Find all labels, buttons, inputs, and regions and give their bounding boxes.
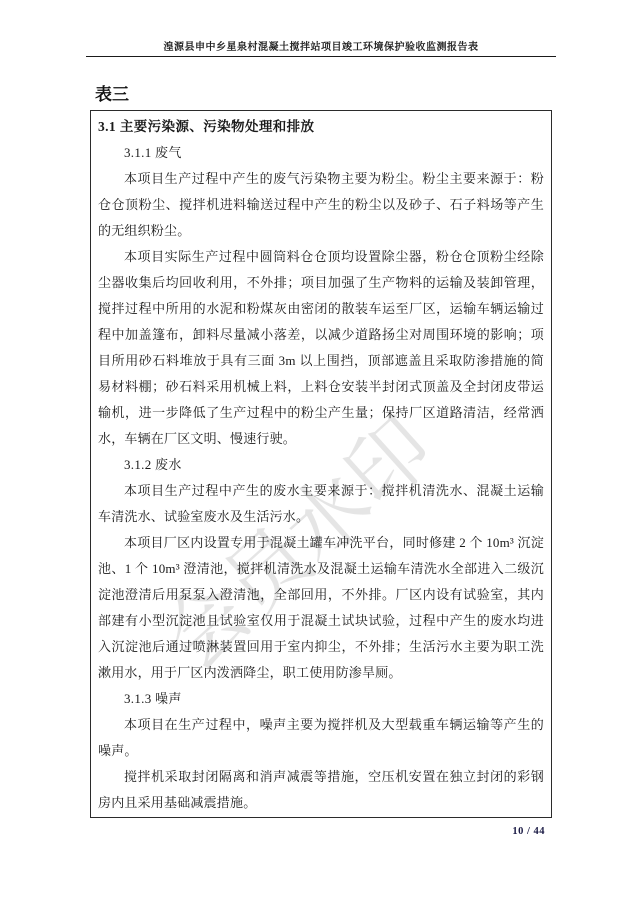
document-page: 会员水印 湟源县申中乡星泉村混凝土搅拌站项目竣工环境保护验收监测报告表 表三 3… [0,0,640,905]
report-section: 3.1 主要污染源、污染物处理和排放 3.1.1 废气 本项目生产过程中产生的废… [98,114,544,816]
header-divider-line [86,56,556,57]
subsection-heading-waste-gas: 3.1.1 废气 [124,140,544,166]
report-table-cell: 3.1 主要污染源、污染物处理和排放 3.1.1 废气 本项目生产过程中产生的废… [90,110,552,818]
subsection-heading-noise: 3.1.3 噪声 [124,686,544,712]
paragraph-waste-gas-measures: 本项目实际生产过程中圆筒料仓仓顶均设置除尘器，粉仓仓顶粉尘经除尘器收集后均回收利… [98,244,544,452]
paragraph-noise-measures: 搅拌机采取封闭隔离和消声减震等措施，空压机安置在独立封闭的彩钢房内且采用基础减震… [98,764,544,816]
paragraph-waste-water-measures: 本项目厂区内设置专用于混凝土罐车冲洗平台，同时修建 2 个 10m³ 沉淀池、1… [98,530,544,686]
document-header-title: 湟源县申中乡星泉村混凝土搅拌站项目竣工环境保护验收监测报告表 [86,38,556,53]
section-title: 3.1 主要污染源、污染物处理和排放 [98,114,544,140]
paragraph-waste-water-sources: 本项目生产过程中产生的废水主要来源于：搅拌机清洗水、混凝土运输车清洗水、试验室废… [98,478,544,530]
paragraph-waste-gas-sources: 本项目生产过程中产生的废气污染物主要为粉尘。粉尘主要来源于：粉仓仓顶粉尘、搅拌机… [98,166,544,244]
page-number: 10 / 44 [0,826,545,837]
table-label: 表三 [95,80,129,105]
paragraph-noise-sources: 本项目在生产过程中，噪声主要为搅拌机及大型载重车辆运输等产生的噪声。 [98,712,544,764]
subsection-heading-waste-water: 3.1.2 废水 [124,452,544,478]
